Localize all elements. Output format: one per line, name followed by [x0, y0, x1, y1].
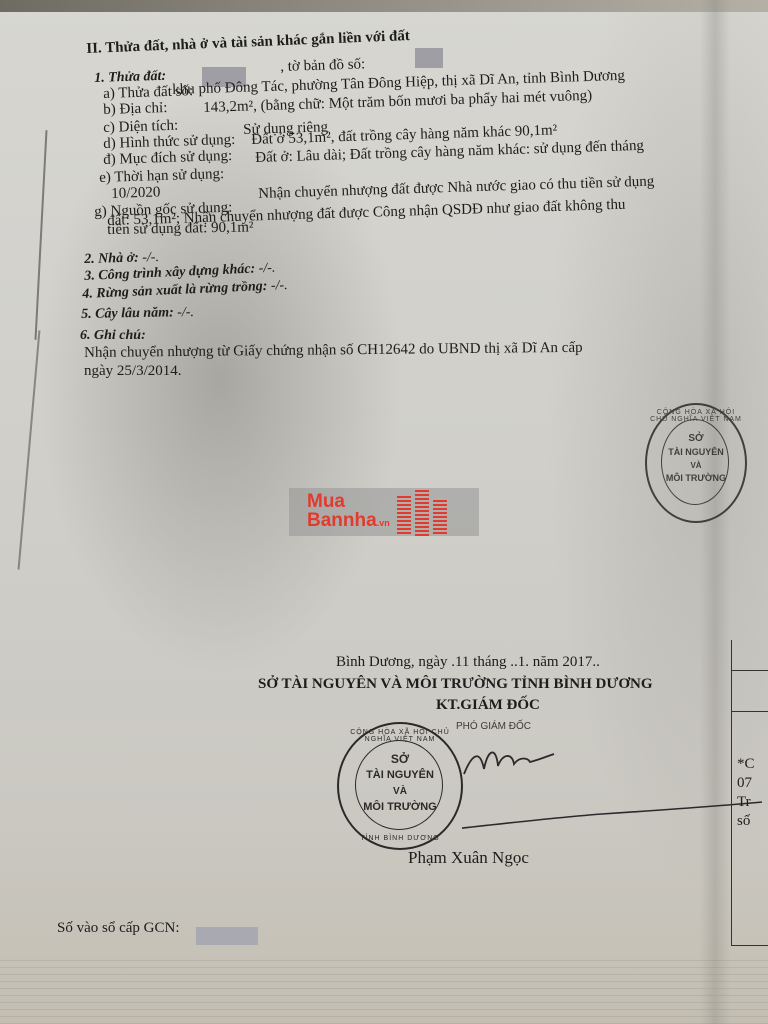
item-value: -/-. [142, 250, 159, 265]
adjacent-page-text: Tr [737, 793, 751, 812]
issuing-agency: SỞ TÀI NGUYÊN VÀ MÔI TRƯỜNG TỈNH BÌNH DƯ… [258, 676, 653, 693]
adjacent-page-text: 07 [737, 774, 752, 793]
seal-center-line: SỞ [339, 752, 461, 766]
signer-subtitle: PHÓ GIÁM ĐỐC [456, 718, 531, 735]
map-sheet-label: , tờ bản đồ số: [280, 56, 366, 76]
seal-ring-text: TỈNH BÌNH DƯƠNG [339, 835, 461, 842]
item-label: 5. Cây lâu năm: [81, 305, 174, 322]
item-label: 2. Nhà ở: [84, 251, 139, 267]
official-seal: CỘNG HÒA XÃ HỘI CHỦ NGHĨA VIỆT NAM SỞ TÀ… [337, 722, 463, 850]
seal-center-line: VÀ [339, 786, 461, 797]
adjacent-page-text: số [737, 812, 750, 831]
item-perennial-trees: 5. Cây lâu năm: -/-. [81, 304, 194, 323]
watermark-brand: Bannha [307, 510, 377, 531]
redacted-registry-number [196, 927, 258, 945]
watermark-line2: Bannha.vn [307, 512, 390, 532]
seal-ring-text: CỘNG HÒA XÃ HỘI CHỦ NGHĨA VIỆT NAM [647, 409, 745, 423]
term-value-line2: 10/2020 [111, 184, 161, 203]
seal-center-line: TÀI NGUYÊN [647, 447, 745, 457]
seal-center-line: MÔI TRƯỜNG [647, 473, 745, 483]
address-label: b) Địa chỉ: [103, 100, 168, 119]
seal-center-line: VÀ [647, 461, 745, 470]
watermark-suffix: .vn [377, 518, 390, 528]
seal-center-line: MÔI TRƯỜNG [339, 801, 461, 813]
seal-center-line: TÀI NGUYÊN [339, 769, 461, 781]
signature-mark [462, 744, 762, 854]
registry-label: Số vào sổ cấp GCN: [57, 920, 180, 937]
redacted-map-sheet-number [415, 48, 443, 68]
building-icon [415, 490, 429, 536]
building-icon [397, 496, 411, 536]
watermark-line1: Mua [307, 493, 345, 511]
item-value: -/-. [177, 305, 194, 320]
item-value: -/-. [258, 261, 275, 277]
adjacent-page-text: *C [737, 755, 755, 774]
official-seal-right: CỘNG HÒA XÃ HỘI CHỦ NGHĨA VIỆT NAM SỞ TÀ… [645, 403, 747, 523]
origin-value-line3: tiền sử dụng đất: 90,1m² [107, 219, 254, 239]
place-date: Bình Dương, ngày .11 tháng ..1. năm 2017… [336, 654, 600, 671]
signer-name: Phạm Xuân Ngọc [408, 849, 529, 866]
seal-ring-text: CỘNG HÒA XÃ HỘI CHỦ NGHĨA VIỆT NAM [339, 729, 461, 743]
stacked-pages-edge [0, 954, 768, 1024]
building-icon [433, 500, 447, 536]
page-top-edge [0, 0, 768, 12]
notes-line2: ngày 25/3/2014. [84, 363, 182, 380]
item-value: -/-. [271, 278, 288, 294]
signer-title: KT.GIÁM ĐỐC [436, 697, 540, 714]
notes-heading: 6. Ghi chú: [80, 327, 146, 344]
mua-ban-nha-watermark: Mua Bannha.vn [289, 488, 479, 536]
seal-center-line: SỞ [647, 433, 745, 444]
